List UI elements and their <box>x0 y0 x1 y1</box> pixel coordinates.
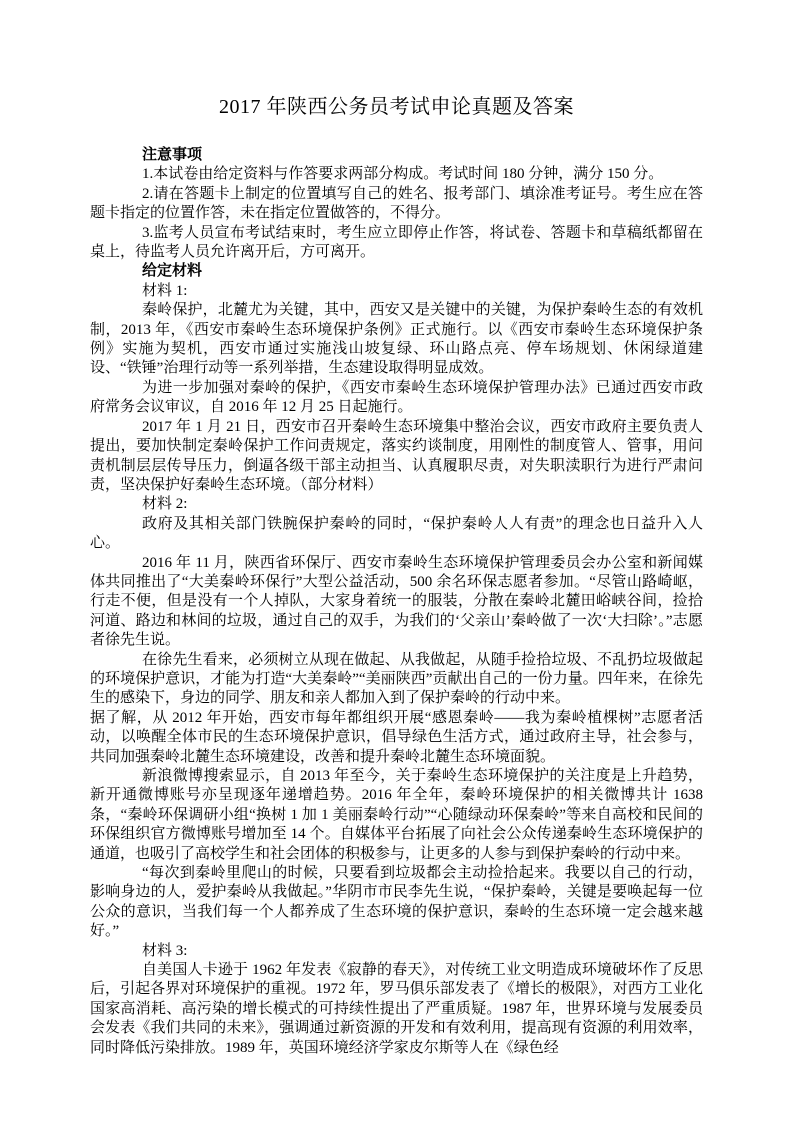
notice-item-1: 1.本试卷由给定资料与作答要求两部分构成。考试时间 180 分钟，满分 150 … <box>90 165 703 184</box>
materials-heading: 给定材料 <box>90 262 703 281</box>
material-2-paragraph: 在徐先生看来，必须树立从现在做起、从我做起，从随手捡拾垃圾、不乱扔垃圾做起的环境… <box>90 651 703 709</box>
material-2-paragraph: 政府及其相关部门铁腕保护秦岭的同时，“保护秦岭人人有责”的理念也日益升入人心。 <box>90 515 703 554</box>
material-2-paragraph: 据了解，从 2012 年开始，西安市每年都组织开展“感恩秦岭——我为秦岭植棵树”… <box>90 709 703 767</box>
notice-item-3: 3.监考人员宣布考试结束时，考生应立即停止作答，将试卷、答题卡和草稿纸都留在桌上… <box>90 224 703 263</box>
material-2-paragraph: “每次到秦岭里爬山的时候，只要看到垃圾都会主动捡拾起来。我要以自己的行动，影响身… <box>90 864 703 942</box>
material-2-paragraph: 新浪微博搜索显示，自 2013 年至今，关于秦岭生态环境保护的关注度是上升趋势，… <box>90 767 703 864</box>
material-2-label: 材料 2: <box>90 495 703 514</box>
document-title: 2017 年陕西公务员考试申论真题及答案 <box>90 94 703 120</box>
material-1-paragraph: 为进一步加强对秦岭的保护，《西安市秦岭生态环境保护管理办法》已通过西安市政府常务… <box>90 379 703 418</box>
material-1-paragraph: 秦岭保护，北麓尤为关键，其中，西安又是关键中的关键，为保护秦岭生态的有效机制，2… <box>90 301 703 379</box>
material-3-label: 材料 3: <box>90 942 703 961</box>
material-1-label: 材料 1: <box>90 282 703 301</box>
notice-heading: 注意事项 <box>90 146 703 165</box>
material-2-paragraph: 2016 年 11 月，陕西省环保厅、西安市秦岭生态环境保护管理委员会办公室和新… <box>90 554 703 651</box>
material-1-paragraph: 2017 年 1 月 21 日，西安市召开秦岭生态环境集中整治会议，西安市政府主… <box>90 418 703 496</box>
document-page: 2017 年陕西公务员考试申论真题及答案 注意事项 1.本试卷由给定资料与作答要… <box>0 0 794 1122</box>
material-3-paragraph: 自美国人卡逊于 1962 年发表《寂静的春天》，对传统工业文明造成环境破坏作了反… <box>90 961 703 1058</box>
notice-item-2: 2.请在答题卡上制定的位置填写自己的姓名、报考部门、填涂准考证号。考生应在答题卡… <box>90 185 703 224</box>
